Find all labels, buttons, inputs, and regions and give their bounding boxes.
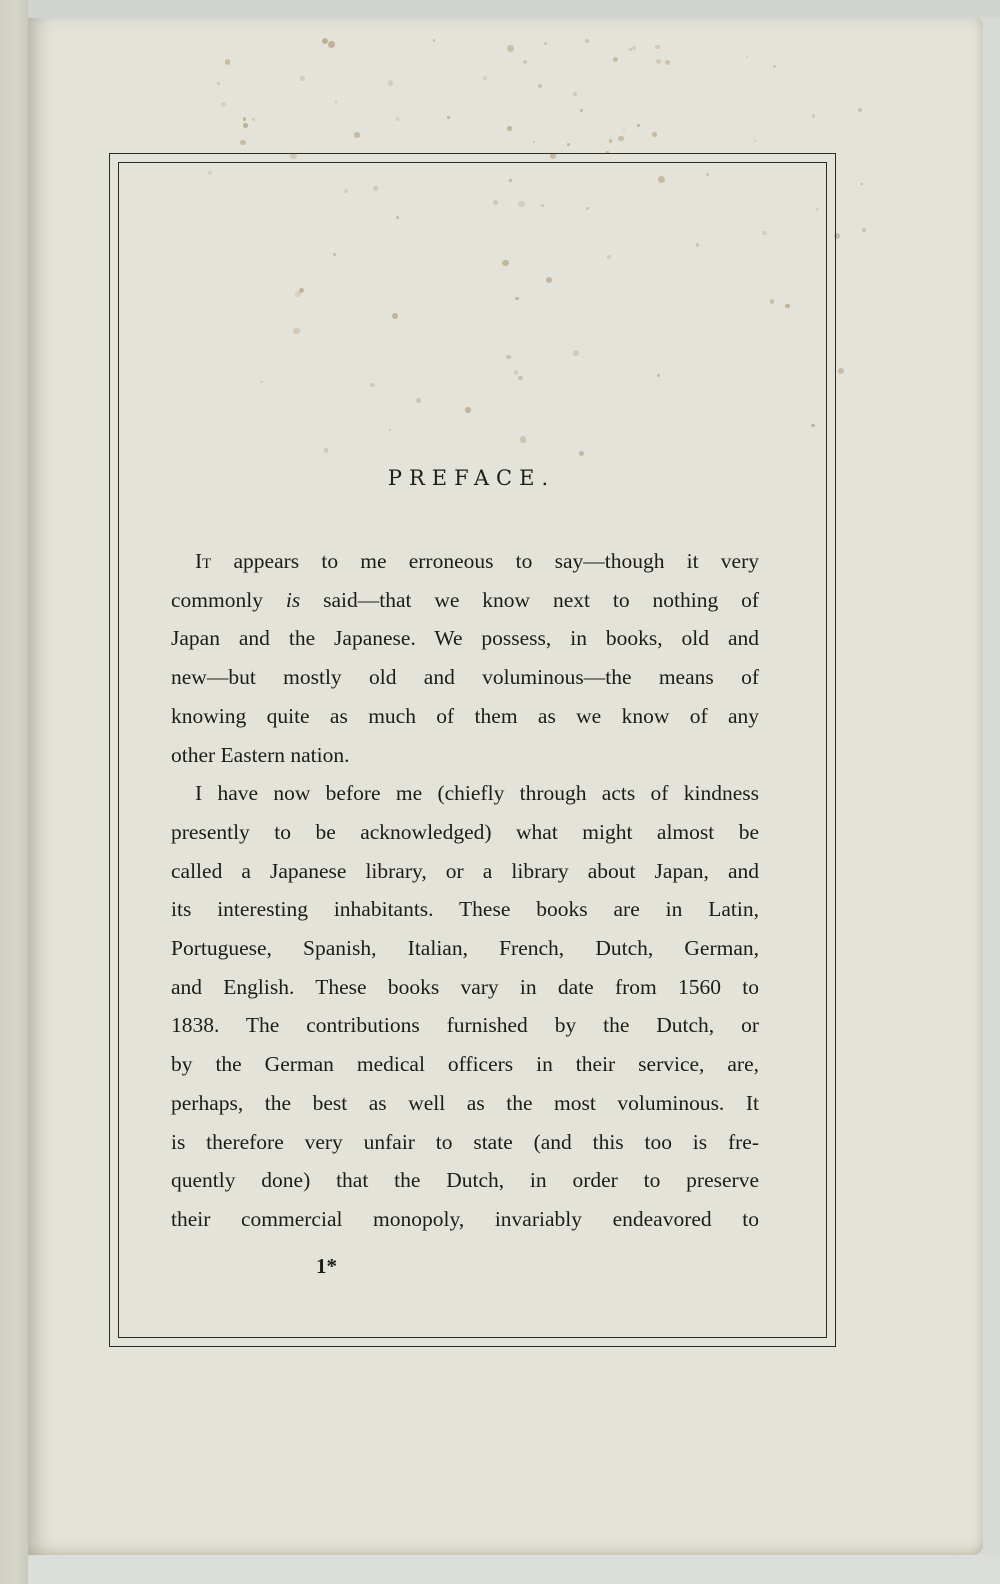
text-line: I have now before me (chiefly through ac… (171, 774, 759, 813)
background-surface (0, 0, 1000, 18)
text-line: called a Japanese library, or a library … (171, 852, 759, 891)
facing-page-edge (0, 0, 28, 1584)
text-line: its interesting inhabitants. These books… (171, 890, 759, 929)
preface-body: It appears to me erroneous to say—though… (171, 542, 759, 1239)
text-line: commonly is said—that we know next to no… (171, 581, 759, 620)
text-line: It appears to me erroneous to say—though… (171, 542, 759, 581)
background-surface-bottom (0, 1555, 1000, 1584)
text-line: by the German medical officers in their … (171, 1045, 759, 1084)
text-line: new—but mostly old and voluminous—the me… (171, 658, 759, 697)
text-line: other Eastern nation. (171, 736, 759, 775)
text-line: perhaps, the best as well as the most vo… (171, 1084, 759, 1123)
text-line: presently to be acknowledged) what might… (171, 813, 759, 852)
text-line: Portuguese, Spanish, Italian, French, Du… (171, 929, 759, 968)
drop-word: It (195, 549, 211, 573)
text-line: is therefore very unfair to state (and t… (171, 1123, 759, 1162)
text-line: knowing quite as much of them as we know… (171, 697, 759, 736)
text-line: quently done) that the Dutch, in order t… (171, 1161, 759, 1200)
page-title: PREFACE. (118, 466, 825, 490)
italic-emphasis: is (286, 588, 300, 612)
text-line: and English. These books vary in date fr… (171, 968, 759, 1007)
text-line: 1838. The contributions furnished by the… (171, 1006, 759, 1045)
text-line: Japan and the Japanese. We possess, in b… (171, 619, 759, 658)
text-line: their commercial monopoly, invariably en… (171, 1200, 759, 1239)
signature-mark: 1* (316, 1254, 337, 1279)
